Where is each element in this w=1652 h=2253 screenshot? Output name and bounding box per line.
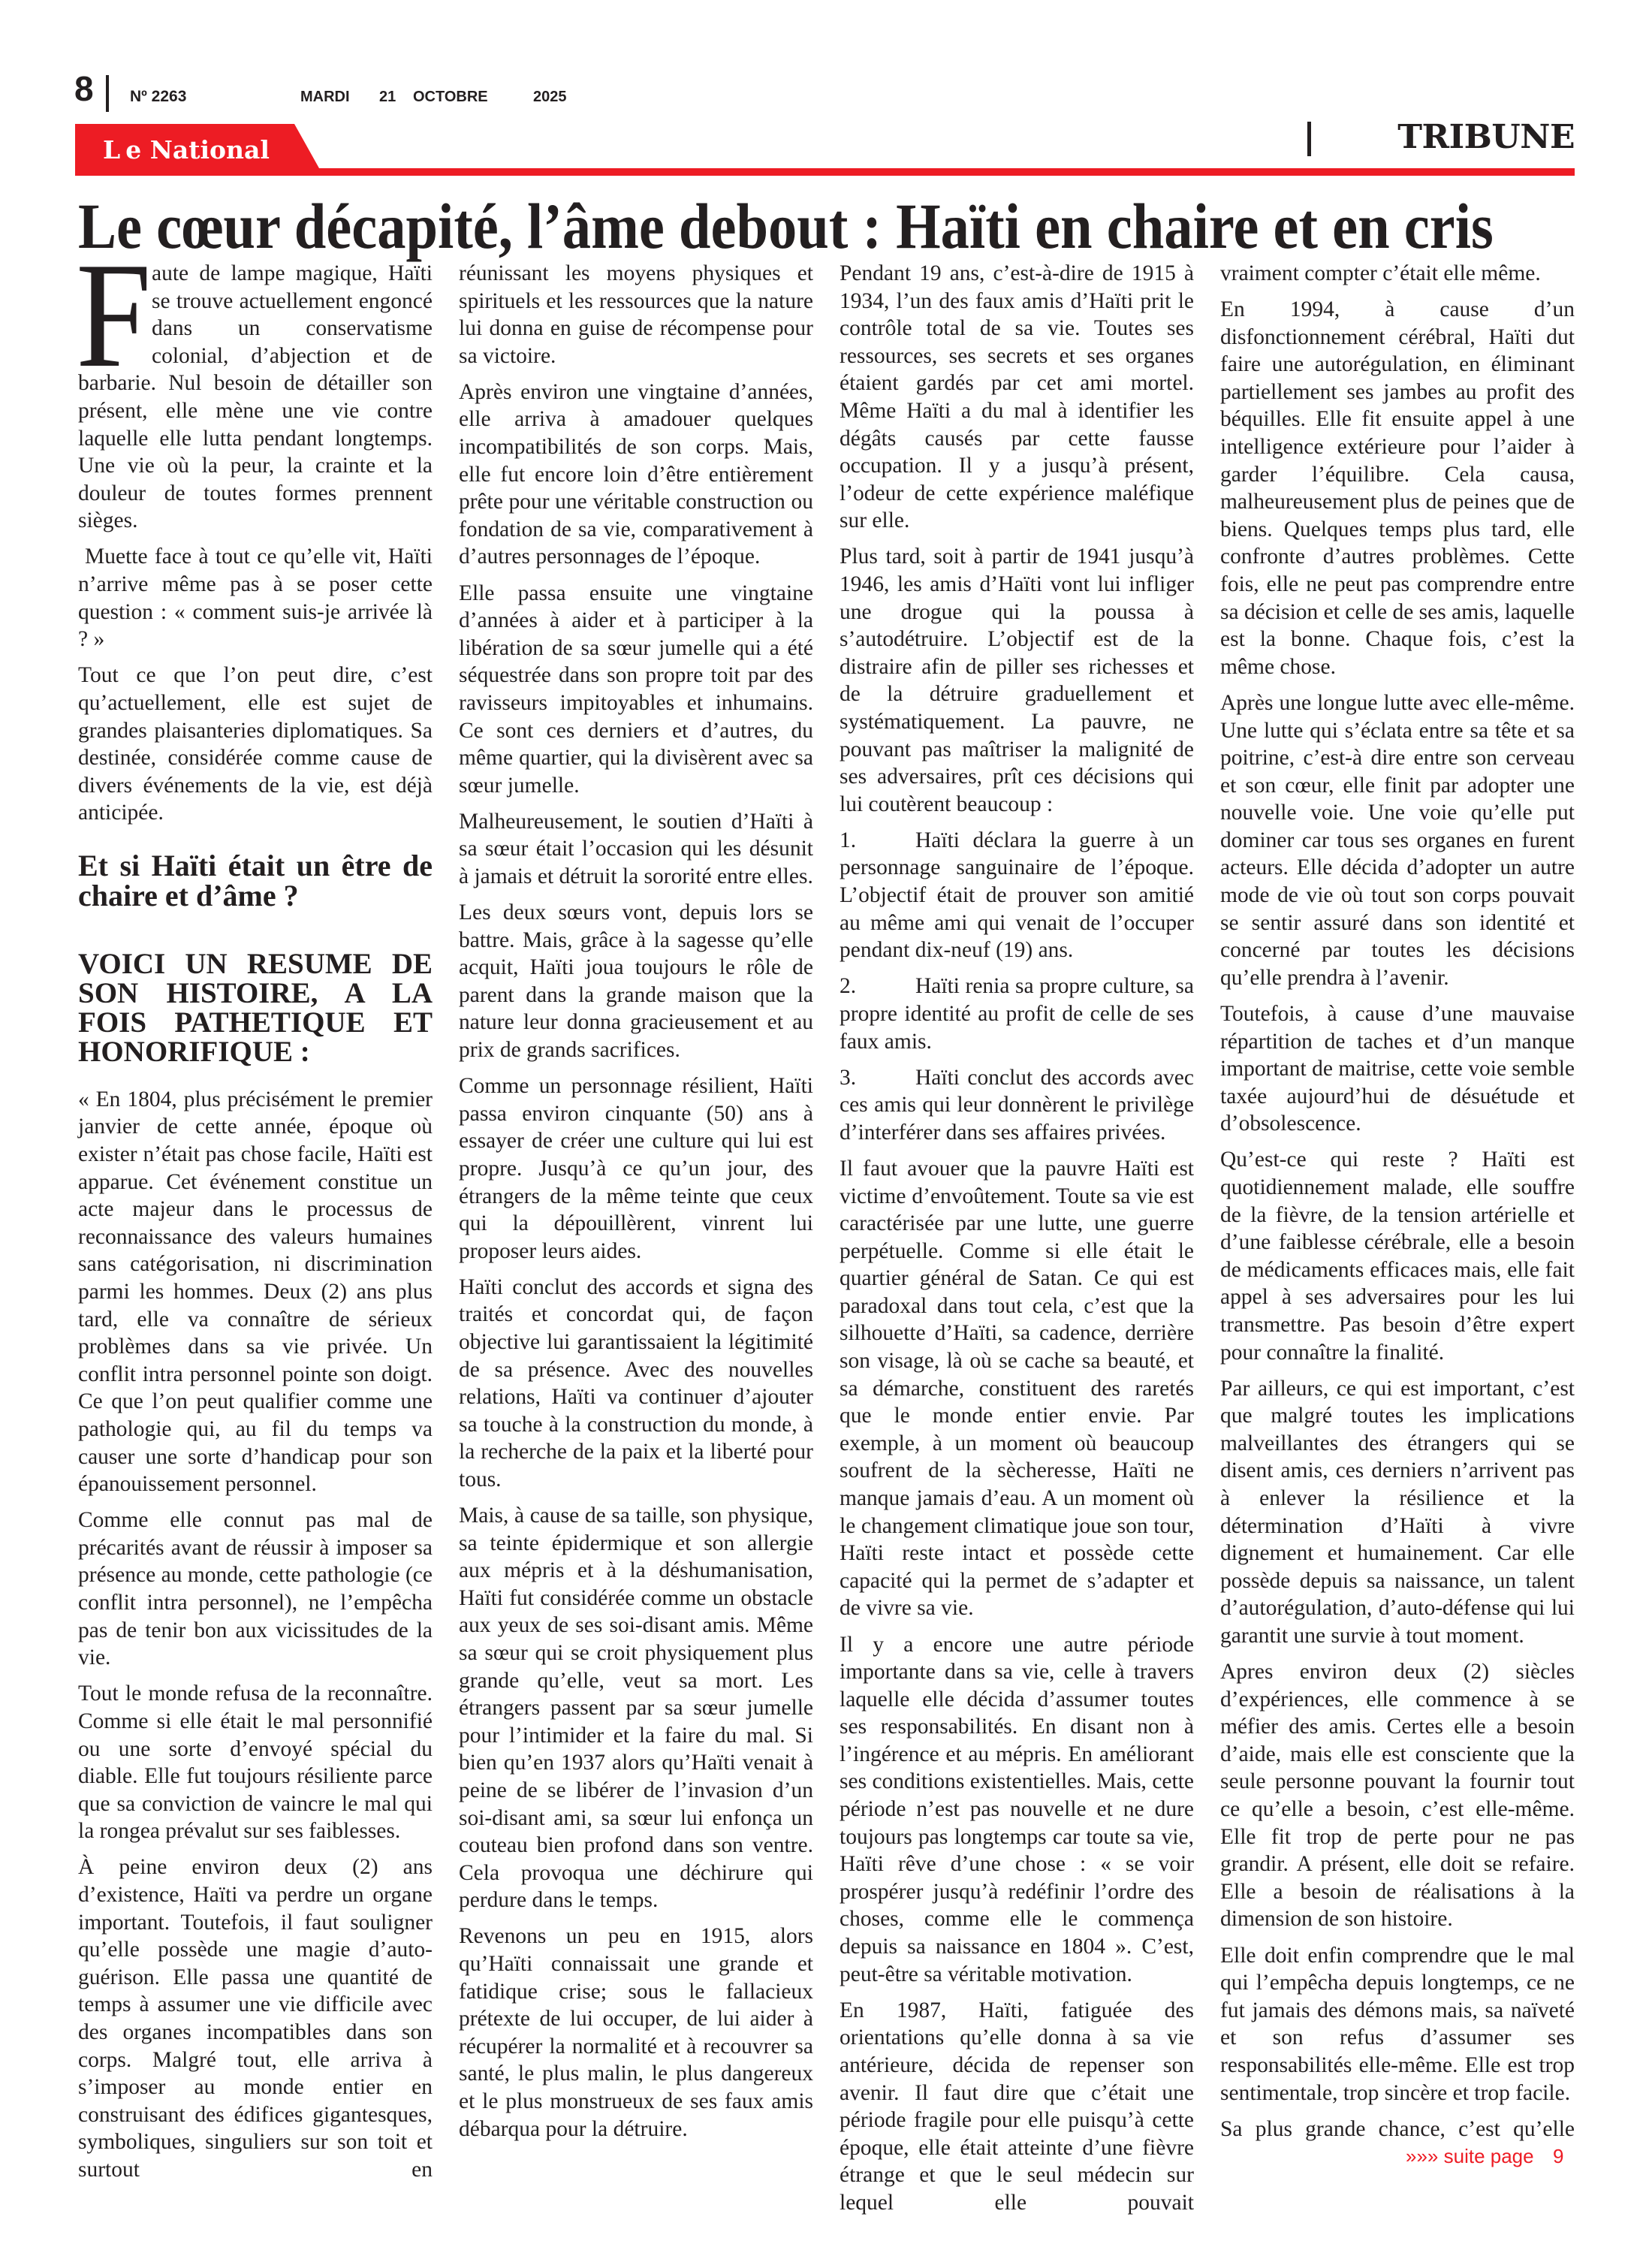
paragraph: Toutefois, à cause d’une mauvaise répart…: [1220, 1000, 1575, 1138]
paragraph: Après environ une vingtaine d’années, el…: [459, 379, 813, 571]
drop-cap: F: [78, 260, 152, 365]
folio-divider: [106, 75, 109, 112]
paragraph-continued: Sa plus grande chance, c’est qu’elle: [1220, 2116, 1575, 2143]
list-item: 3.Haïti conclut des accords avec ces ami…: [840, 1064, 1194, 1147]
paragraph: « En 1804, plus précisément le premier j…: [78, 1086, 433, 1498]
paragraph: Elle doit enfin comprendre que le mal qu…: [1220, 1942, 1575, 2107]
paragraph: En 1994, à cause d’un disfonctionnement …: [1220, 296, 1575, 680]
paragraph: Tout ce que l’on peut dire, c’est qu’act…: [78, 662, 433, 827]
paragraph: Par ailleurs, ce qui est important, c’es…: [1220, 1375, 1575, 1650]
issue-number: Nº 2263: [130, 89, 186, 104]
date-weekday: MARDI: [300, 89, 350, 104]
subheading: Et si Haïti était un être de chaire et d…: [78, 851, 433, 911]
section-label: TRIBUNE: [1397, 121, 1575, 154]
article-title: Le cœur décapité, l’âme debout : Haïti e…: [78, 194, 1494, 258]
list-number: 2.: [840, 973, 915, 1000]
paragraph: Malheureusement, le soutien d’Haïti à sa…: [459, 808, 813, 891]
paragraph: Qu’est-ce qui reste ? Haïti est quotidie…: [1220, 1146, 1575, 1366]
newspaper-page: 8 Nº 2263 MARDI 21 OCTOBRE 2025 Le Natio…: [0, 0, 1652, 2253]
paragraph: Les deux sœurs vont, depuis lors se batt…: [459, 899, 813, 1064]
paragraph: Elle passa ensuite une vingtaine d’année…: [459, 580, 813, 800]
date-year: 2025: [533, 89, 567, 104]
paragraph: Plus tard, soit à partir de 1941 jusqu’à…: [840, 543, 1194, 818]
page-number: 8: [74, 71, 94, 106]
paragraph: Comme elle connut pas mal de précarités …: [78, 1507, 433, 1672]
date-month: OCTOBRE: [413, 89, 488, 104]
paragraph: Muette face à tout ce qu’elle vit, Haïti…: [78, 543, 433, 653]
continuation-label: »»» suite page: [1406, 2146, 1534, 2166]
paragraph: Il faut avouer que la pauvre Haïti est v…: [840, 1155, 1194, 1622]
paragraph: Tout le monde refusa de la reconnaître. …: [78, 1680, 433, 1845]
section-banner: [75, 124, 1575, 176]
list-item: 2.Haïti renia sa propre culture, sa prop…: [840, 973, 1194, 1055]
paragraph-continued: En 1987, Haïti, fatiguée des orientation…: [840, 1997, 1194, 2217]
list-number: 3.: [840, 1064, 915, 1092]
publication-name: Le National: [103, 137, 270, 162]
article-column-2: réunissant les moyens physiques et spiri…: [459, 260, 813, 2152]
paragraph: Apres environ deux (2) siècles d’expérie…: [1220, 1658, 1575, 1933]
paragraph: Il y a encore une autre période importan…: [840, 1631, 1194, 1989]
article-column-1: Faute de lampe magique, Haïti se trouve …: [78, 260, 433, 2192]
list-item: 1.Haïti déclara la guerre à un personnag…: [840, 827, 1194, 964]
paragraph: Haïti conclut des accords et signa des t…: [459, 1274, 813, 1494]
paragraph: Après une longue lutte avec elle-même. U…: [1220, 689, 1575, 992]
paragraph: Faute de lampe magique, Haïti se trouve …: [78, 260, 433, 535]
paragraph-continuation: vraiment compter c’était elle même.: [1220, 260, 1575, 288]
drop-cap-letter: F: [76, 240, 152, 391]
paragraph: Pendant 19 ans, c’est-à-dire de 1915 à 1…: [840, 260, 1194, 535]
section-divider: [1307, 122, 1311, 156]
paragraph-continuation: réunissant les moyens physiques et spiri…: [459, 260, 813, 369]
article-column-4: vraiment compter c’était elle même. En 1…: [1220, 260, 1575, 2152]
paragraph: Revenons un peu en 1915, alors qu’Haïti …: [459, 1923, 813, 2143]
paragraph: Mais, à cause de sa taille, son physique…: [459, 1502, 813, 1914]
paragraph: Comme un personnage résilient, Haïti pas…: [459, 1072, 813, 1265]
list-number: 1.: [840, 827, 915, 855]
section-heading: VOICI UN RESUME DE SON HISTOIRE, A LA FO…: [78, 949, 433, 1066]
paragraph-continued: À peine environ deux (2) ans d’existence…: [78, 1853, 433, 2183]
article-column-3: Pendant 19 ans, c’est-à-dire de 1915 à 1…: [840, 260, 1194, 2225]
date-day: 21: [379, 89, 396, 104]
continuation-page-number: 9: [1553, 2146, 1563, 2166]
